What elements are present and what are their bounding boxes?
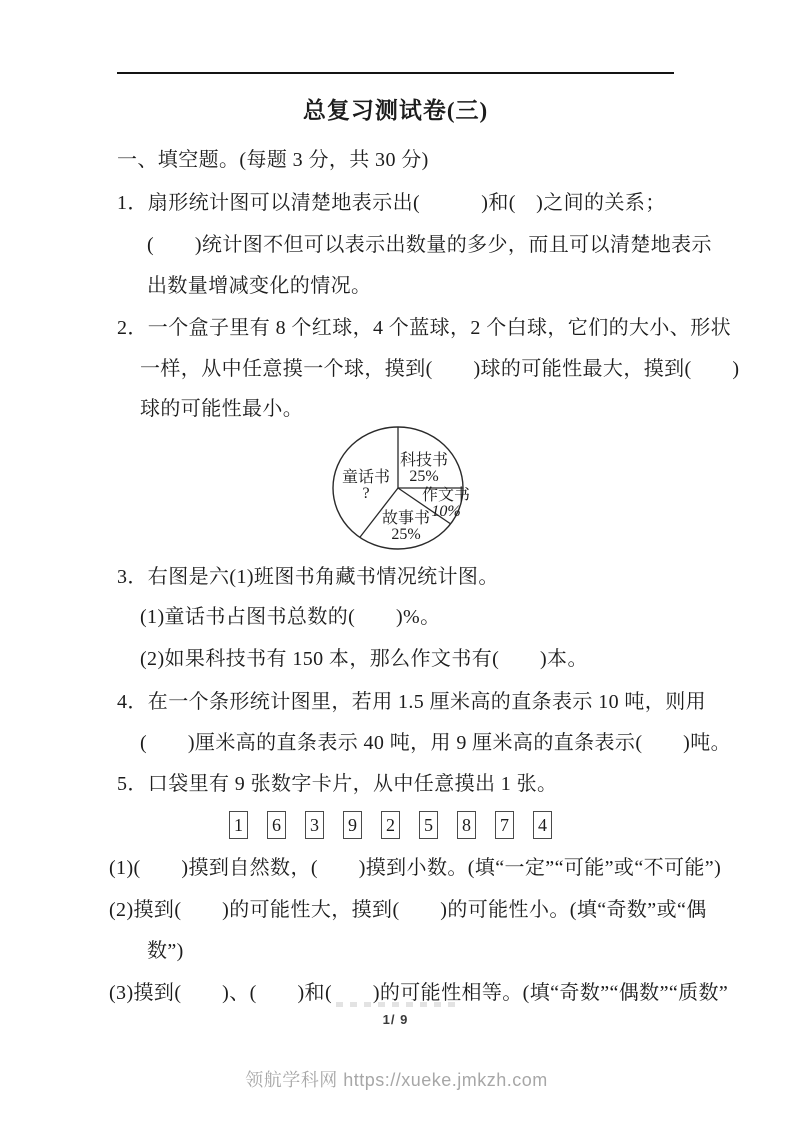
q1-line1: 1．扇形统计图可以清楚地表示出( )和( )之间的关系； [117, 190, 666, 216]
q3-sub1: (1)童话书占图书总数的( )%。 [140, 604, 441, 630]
q1-line2: ( )统计图不但可以表示出数量的多少，而且可以清楚地表示 [147, 232, 712, 258]
number-card-7: 8 [457, 811, 476, 839]
page-title: 总复习测试卷(三) [117, 92, 674, 125]
pie-label-tonghua: 童话书 ? [342, 470, 390, 502]
q4-line2: ( )厘米高的直条表示 40 吨，用 9 厘米高的直条表示( )吨。 [140, 730, 731, 756]
pie-label-keji: 科技书 25% [400, 453, 448, 485]
pie-label-keji-name: 科技书 [400, 452, 448, 469]
q3-line1: 3．右图是六(1)班图书角藏书情况统计图。 [117, 564, 499, 590]
pie-label-zuowen-name: 作文书 [422, 487, 470, 504]
test-paper-page: 总复习测试卷(三) 一、填空题。(每题 3 分，共 30 分) 1．扇形统计图可… [0, 0, 793, 1122]
q2-line3: 球的可能性最小。 [140, 396, 303, 422]
pie-label-gushi: 故事书 25% [382, 511, 430, 543]
pie-label-tonghua-value: ? [342, 486, 390, 502]
q5-sub2-continued: 数”) [147, 938, 184, 964]
number-card-8: 7 [495, 811, 514, 839]
q5-sub2: (2)摸到( )的可能性大，摸到( )的可能性小。(填“奇数”或“偶 [109, 897, 707, 923]
footer-watermark: 领航学科网 https://xueke.jmkzh.com [0, 1066, 793, 1092]
pie-label-tonghua-name: 童话书 [342, 469, 390, 486]
q5-line1: 5．口袋里有 9 张数字卡片，从中任意摸出 1 张。 [117, 771, 557, 797]
pie-chart: 科技书 25% 童话书 ? 作文书 10% 故事书 25% [330, 424, 472, 556]
number-card-9: 4 [533, 811, 552, 839]
q2-line1: 2．一个盒子里有 8 个红球，4 个蓝球，2 个白球，它们的大小、形状 [117, 315, 731, 341]
pie-label-gushi-name: 故事书 [382, 510, 430, 527]
q4-line1: 4．在一个条形统计图里，若用 1.5 厘米高的直条表示 10 吨，则用 [117, 689, 706, 715]
q1-line3: 出数量增减变化的情况。 [147, 273, 371, 299]
number-card-6: 5 [419, 811, 438, 839]
pie-label-keji-value: 25% [400, 469, 448, 485]
faded-watermark [336, 1002, 460, 1007]
q5-sub1: (1)( )摸到自然数，( )摸到小数。(填“一定”“可能”或“不可能”) [109, 855, 721, 881]
page-number: 1/ 9 [117, 1012, 674, 1027]
number-card-2: 6 [267, 811, 286, 839]
number-card-1: 1 [229, 811, 248, 839]
number-card-3: 3 [305, 811, 324, 839]
number-card-4: 9 [343, 811, 362, 839]
number-cards: 1 6 3 9 2 5 8 7 4 [229, 811, 552, 839]
section-heading: 一、填空题。(每题 3 分，共 30 分) [117, 147, 429, 173]
q3-sub2: (2)如果科技书有 150 本，那么作文书有( )本。 [140, 646, 588, 672]
number-card-5: 2 [381, 811, 400, 839]
header-rule [117, 72, 674, 74]
pie-label-gushi-value: 25% [382, 527, 430, 543]
q2-line2: 一样，从中任意摸一个球，摸到( )球的可能性最大，摸到( ) [140, 356, 739, 382]
